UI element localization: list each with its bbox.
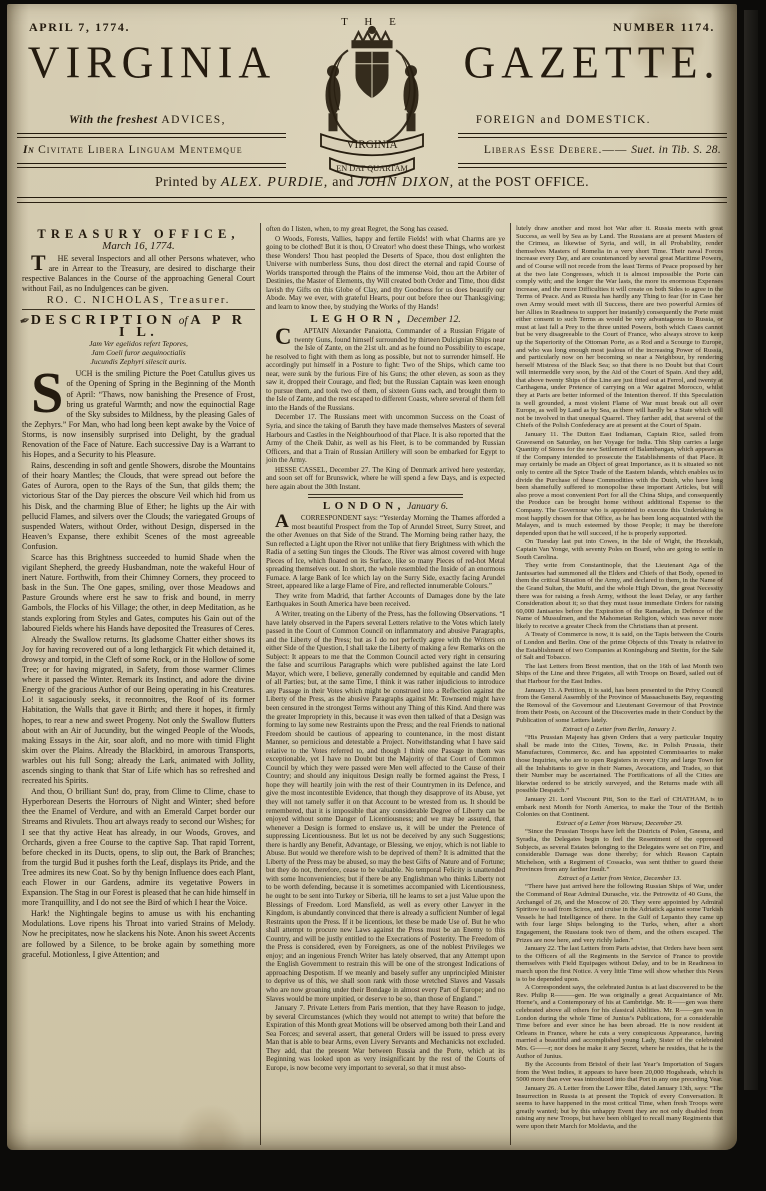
drop-cap: T: [22, 254, 49, 272]
issue-number: NUMBER 1174.: [613, 20, 715, 35]
paragraph: December 17. The Russians meet with unco…: [266, 413, 505, 464]
paragraph: O Woods, Forests, Vallies, happy and fer…: [266, 235, 505, 312]
section-rule: [308, 494, 463, 498]
crest-motto-text: EN DAT QUARTAM: [336, 164, 408, 173]
heading-caps: TREASURY OFFICE,: [37, 227, 239, 241]
paragraph: January 11. The Dutton East Indiaman, Ca…: [516, 431, 723, 537]
rule-right-segment: [458, 163, 727, 168]
paragraph: Rains, descending in soft and gentle Sho…: [22, 461, 255, 552]
heading-italic: December 12.: [405, 314, 461, 325]
section-rule: [22, 309, 255, 310]
heading-caps: LONDON,: [323, 500, 405, 512]
paragraph: CAPTAIN Alexander Panaiotta, Commander o…: [266, 327, 505, 412]
paragraph: lutely draw another and most hot War aft…: [516, 225, 723, 430]
signature-line: RO. C. NICHOLAS, Treasurer.: [22, 296, 255, 306]
paragraph: A CORRESPONDENT says: “Yesterday Morning…: [266, 514, 505, 591]
drop-cap: S: [22, 369, 66, 415]
rule-right-segment: [458, 133, 727, 138]
advices-line: With the freshest ADVICES,: [69, 114, 226, 126]
dateline-heading: TREASURY OFFICE, March 16, 1774.: [22, 229, 255, 252]
heading-italic: of: [176, 315, 190, 327]
rule-left-segment: [17, 133, 286, 138]
paragraph: often do I listen, when, to my great Reg…: [266, 225, 505, 234]
paragraph: January 13. A Petition, it is said, has …: [516, 687, 723, 725]
issue-date: APRIL 7, 1774.: [29, 20, 130, 35]
title-gazette: GAZETTE.: [451, 36, 733, 89]
paragraph: “There have just arrived here the follow…: [516, 883, 723, 944]
motto-lead: In: [23, 144, 34, 156]
paragraph: January 7. Private Letters from Paris me…: [266, 1004, 505, 1072]
advices-blackletter: With the freshest: [69, 114, 158, 126]
drop-cap: A: [266, 514, 292, 530]
paragraph: THE several Inspectors and all other Per…: [22, 254, 255, 294]
column-middle: often do I listen, when, to my great Reg…: [261, 223, 510, 1145]
paragraph: “His Prussian Majesty has given Orders t…: [516, 734, 723, 795]
advices-caps: ADVICES,: [161, 114, 226, 126]
motto-right-text: Liberas Esse Debere.——: [484, 144, 628, 156]
paragraph: HESSE CASSEL, December 27. The King of D…: [266, 466, 505, 492]
motto-left: In Civitate Libera Linguam Mentemque: [23, 144, 243, 156]
photo-edge-shadow: [744, 10, 758, 1090]
paragraph: And thou, O brilliant Sun! do, pray, fro…: [22, 787, 255, 908]
motto-citation: Suet. in Tib. S. 28.: [631, 144, 721, 156]
paragraph: Scarce has this Brightness succeeded to …: [22, 553, 255, 634]
heading-italic: January 6.: [405, 501, 448, 512]
extract-heading: Extract of a Letter from Venice, Decembe…: [516, 875, 723, 883]
dateline-heading: LEGHORN, December 12.: [266, 315, 505, 325]
heading-italic: March 16, 1774.: [102, 240, 174, 252]
imprint-prefix: Printed by: [155, 175, 217, 190]
crest-banner-text: VIRGINIA: [346, 139, 398, 151]
column-right: lutely draw another and most hot War aft…: [511, 223, 728, 1145]
paragraph: Hark! the Nightingale begins to amuse us…: [22, 909, 255, 959]
paragraph: SUCH is the smiling Picture the Poet Cat…: [22, 369, 255, 460]
motto-right: Liberas Esse Debere.—— Suet. in Tib. S. …: [484, 144, 721, 156]
rule-left-segment: [17, 163, 286, 168]
paragraph: January 26. A Letter from the Lower Elbe…: [516, 1085, 723, 1131]
paragraph: The last Letters from Brest mention, tha…: [516, 663, 723, 686]
article-columns: TREASURY OFFICE, March 16, 1774. THE sev…: [17, 223, 728, 1145]
paragraph: They write from Constantinople, that the…: [516, 562, 723, 630]
paragraph: They write from Madrid, that farther Acc…: [266, 592, 505, 609]
drop-cap: C: [266, 327, 294, 346]
heading-caps: LEGHORN,: [310, 313, 404, 325]
paragraph: On Tuesday last put into Cowes, in the I…: [516, 538, 723, 561]
motto-left-text: Civitate Libera Linguam Mentemque: [38, 144, 242, 156]
paragraph: A Treaty of Commerce is now, it is said,…: [516, 631, 723, 661]
paragraph: A Correspondent says, the celebrated Jun…: [516, 984, 723, 1060]
title-virginia: VIRGINIA: [11, 36, 293, 89]
dateline-heading: LONDON, January 6.: [266, 502, 505, 512]
paragraph: By the Accounts from Bristol of their la…: [516, 1061, 723, 1084]
extract-heading: Extract of a Letter from Berlin, January…: [516, 726, 723, 734]
paragraph: January 22. The last Letters from Paris …: [516, 945, 723, 983]
paragraph: “Since the Prussian Troops have left the…: [516, 828, 723, 874]
foreign-domestick-line: FOREIGN and DOMESTICK.: [476, 114, 651, 126]
newspaper-page: APRIL 7, 1774. T H E NUMBER 1174. VIRGIN…: [7, 4, 737, 1150]
column-left: TREASURY OFFICE, March 16, 1774. THE sev…: [17, 223, 260, 1145]
paragraph: January 21. Lord Viscount Pitt, Son to t…: [516, 796, 723, 819]
paragraph: A Writer, treating on the Liberty of the…: [266, 610, 505, 1003]
virginia-coat-of-arms-icon: VIRGINIA EN DAT QUARTAM: [297, 26, 447, 214]
section-heading: ✒DESCRIPTION of A P R I L.: [22, 315, 255, 339]
masthead: APRIL 7, 1774. T H E NUMBER 1174. VIRGIN…: [7, 4, 737, 218]
paragraph: Already the Swallow returns. Its gladsom…: [22, 635, 255, 786]
imprint-suffix: at the POST OFFICE.: [458, 175, 589, 190]
extract-heading: Extract of a Letter from Warsaw, Decembe…: [516, 820, 723, 828]
